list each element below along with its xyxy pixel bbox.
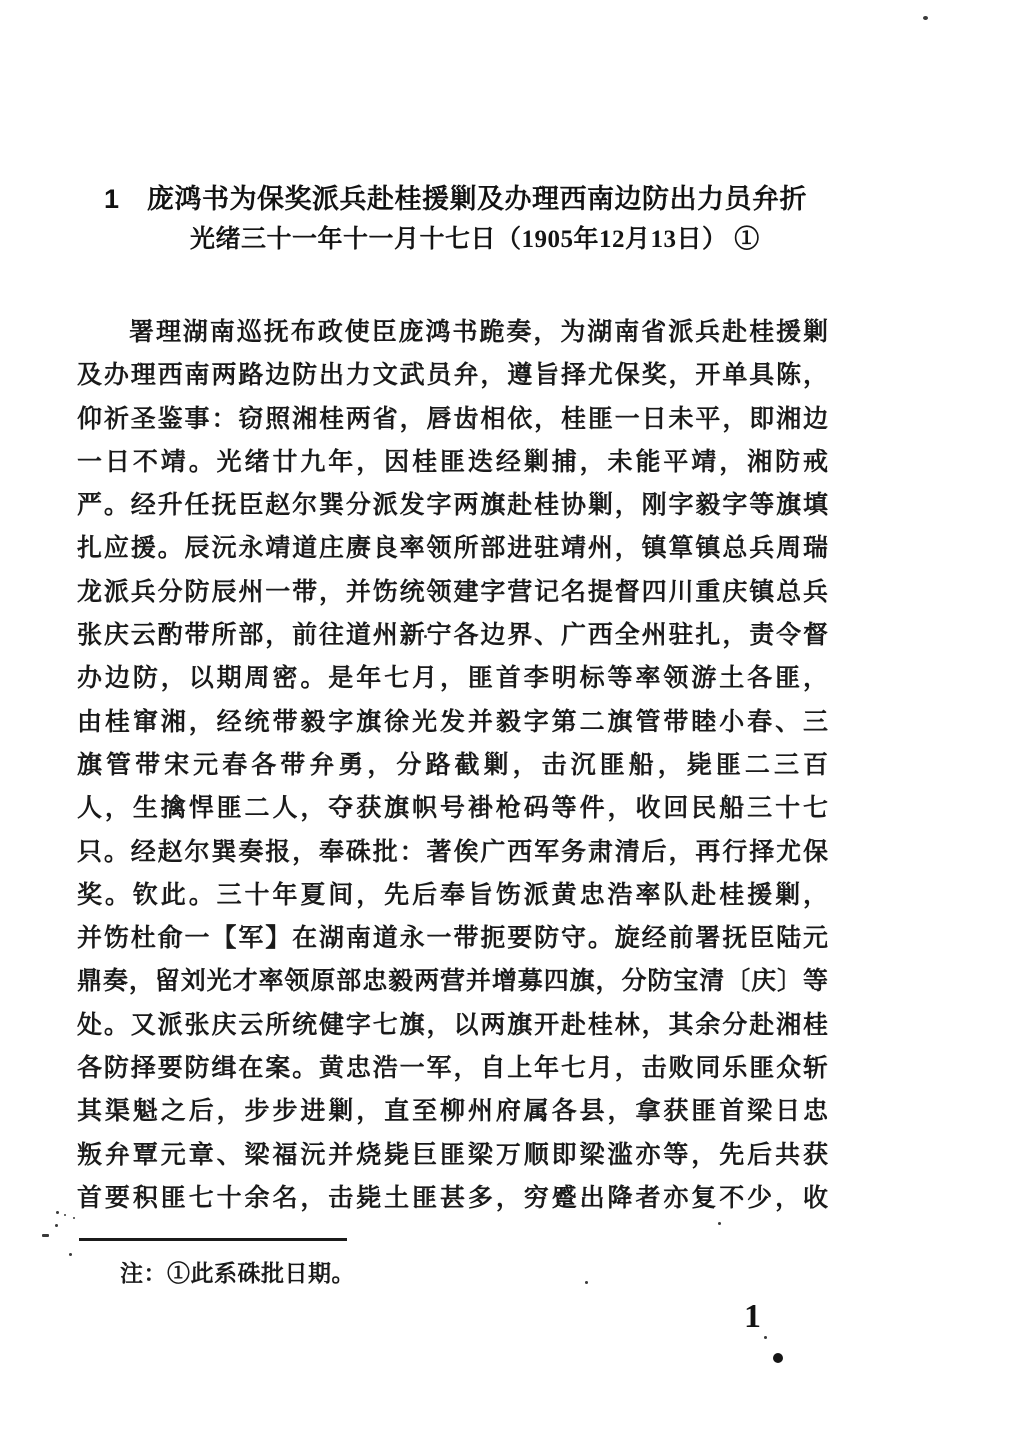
ink-speck	[764, 1336, 767, 1339]
ink-speck	[56, 1211, 59, 1214]
ink-speck	[377, 504, 380, 507]
body-line: 只。经赵尔巽奏报，奉硃批：著俟广西军务肃清后，再行择尤保	[77, 831, 828, 874]
document-title: 1庞鸿书为保奖派兵赴桂援剿及办理西南边防出力员弁折	[104, 184, 807, 214]
footnote-text: 注：①此系硃批日期。	[120, 1259, 355, 1289]
ink-speck	[923, 16, 928, 20]
ink-dot	[773, 1353, 783, 1363]
ink-speck	[55, 1224, 58, 1227]
ink-speck	[585, 1281, 588, 1284]
document-number: 1	[104, 184, 147, 214]
ink-speck	[69, 1253, 72, 1256]
footnote-divider	[79, 1238, 347, 1241]
document-title-text: 庞鸿书为保奖派兵赴桂援剿及办理西南边防出力员弁折	[147, 184, 807, 214]
body-line: 一日不靖。光绪廿九年，因桂匪迭经剿捕，未能平靖，湘防戒	[77, 441, 828, 484]
body-line: 张庆云酌带所部，前往道州新宁各边界、广西全州驻扎，责令督	[77, 614, 828, 657]
body-line: 严。经升任抚臣赵尔巽分派发字两旗赴桂协剿，刚字毅字等旗填	[77, 484, 828, 527]
body-line: 及办理西南两路边防出力文武员弁，遵旨择尤保奖，开单具陈，	[77, 354, 828, 397]
body-line: 奖。钦此。三十年夏间，先后奉旨饬派黄忠浩率队赴桂援剿，	[77, 874, 828, 917]
ink-speck	[718, 1222, 721, 1225]
document-date-line: 光绪三十一年十一月十七日（1905年12月13日） ①	[190, 225, 760, 255]
body-line: 并饬杜俞一【军】在湖南道永一带扼要防守。旋经前署抚臣陆元	[77, 917, 828, 960]
body-line: 扎应援。辰沅永靖道庄赓良率领所部进驻靖州，镇筸镇总兵周瑞	[77, 527, 828, 570]
body-line: 人，生擒悍匪二人，夺获旗帜号褂枪码等件，收回民船三十七	[77, 787, 828, 830]
ink-speck	[424, 635, 427, 638]
ink-speck	[64, 1214, 66, 1216]
body-line: 处。又派张庆云所统健字七旗，以两旗开赴桂林，其余分赴湘桂	[77, 1004, 828, 1047]
body-line: 旗管带宋元春各带弁勇，分路截剿，击沉匪船，毙匪二三百	[77, 744, 828, 787]
ink-speck	[73, 1217, 75, 1219]
body-line: 龙派兵分防辰州一带，并饬统领建字营记名提督四川重庆镇总兵	[77, 571, 828, 614]
body-line: 署理湖南巡抚布政使臣庞鸿书跪奏，为湖南省派兵赴桂援剿	[77, 311, 828, 354]
body-line: 首要积匪七十余名，击毙土匪甚多，穷蹙出降者亦复不少，收	[77, 1177, 828, 1220]
body-line: 由桂窜湘，经统带毅字旗徐光发并毅字第二旗管带睦小春、三	[77, 701, 828, 744]
ink-speck	[42, 1234, 49, 1237]
scanned-document-page: 1庞鸿书为保奖派兵赴桂援剿及办理西南边防出力员弁折 光绪三十一年十一月十七日（1…	[0, 0, 1014, 1437]
body-line: 办边防，以期周密。是年七月，匪首李明标等率领游土各匪，	[77, 657, 828, 700]
body-line: 鼎奏，留刘光才率领原部忠毅两营并增募四旗，分防宝清〔庆〕等	[77, 960, 828, 1003]
body-line: 叛弁覃元章、梁福沅并烧毙巨匪梁万顺即梁滥亦等，先后共获	[77, 1134, 828, 1177]
page-number: 1	[744, 1299, 761, 1335]
body-line: 仰祈圣鉴事：窃照湘桂两省，唇齿相依，桂匪一日未平，即湘边	[77, 398, 828, 441]
body-line: 各防择要防缉在案。黄忠浩一军，自上年七月，击败同乐匪众斩	[77, 1047, 828, 1090]
body-line: 其渠魁之后，步步进剿，直至柳州府属各县，拿获匪首梁日忠	[77, 1090, 828, 1133]
memorial-body-text: 署理湖南巡抚布政使臣庞鸿书跪奏，为湖南省派兵赴桂援剿 及办理西南两路边防出力文武…	[77, 311, 828, 1220]
